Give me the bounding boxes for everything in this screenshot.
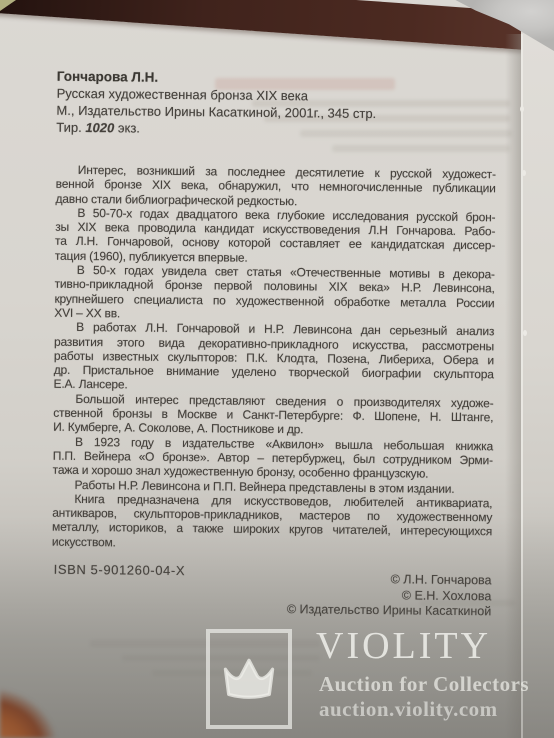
copyright-line: © Издательство Ирины Касаткиной [287,602,492,620]
paragraph: В 50-70-х годах двадцатого века глубокие… [55,206,496,268]
bibliographic-header: Гончарова Л.Н. Русская художественная бр… [56,68,497,141]
paper-speck [520,106,524,112]
paragraph: Интерес, возникший за последнее десятиле… [55,163,495,210]
ghost-text [152,670,312,676]
adjacent-page [521,30,554,738]
print-run-line: Тир. 1020 экз. [56,119,496,141]
book-binding-edge [0,0,554,58]
paragraph: Книга предназначена для искусствоведов, … [52,492,493,554]
page-content: Гончарова Л.Н. Русская художественная бр… [51,68,497,626]
copyright-block: © Л.Н. Гончарова© Е.Н. Хохлова© Издатель… [287,571,492,620]
paragraph: Большой интерес представляют сведения о … [53,391,493,438]
crown-icon [223,656,275,702]
imprint-footer: ISBN 5-901260-04-X © Л.Н. Гончарова© Е.Н… [51,549,492,626]
ghost-text [90,640,320,647]
watermark-tagline: Auction for Collectors [319,672,529,697]
isbn-number: ISBN 5-901260-04-X [54,562,186,578]
paper-speck [523,330,527,336]
book-photo: Гончарова Л.Н. Русская художественная бр… [0,0,554,738]
watermark-url: auction.violity.com [319,697,498,722]
paragraph: В работах Л.Н. Гончаровой и Н.Р. Левинсо… [54,320,495,396]
print-run-suffix: экз. [114,120,140,135]
watermark-brand: VIOLITY [316,624,491,668]
ghost-text [122,655,320,661]
paragraph: В 50-х годах увидела свет статья «Отечес… [54,263,495,325]
gutter-fold-line [521,34,523,738]
paper-speck [522,170,526,176]
finger [0,648,130,738]
body-text: Интерес, возникший за последнее десятиле… [52,163,496,554]
print-run-prefix: Тир. [56,120,85,135]
print-run-value: 1020 [85,120,114,135]
paragraph: В 1923 году в издательстве «Аквилон» выш… [53,434,493,481]
gutter-shadow [505,34,521,738]
